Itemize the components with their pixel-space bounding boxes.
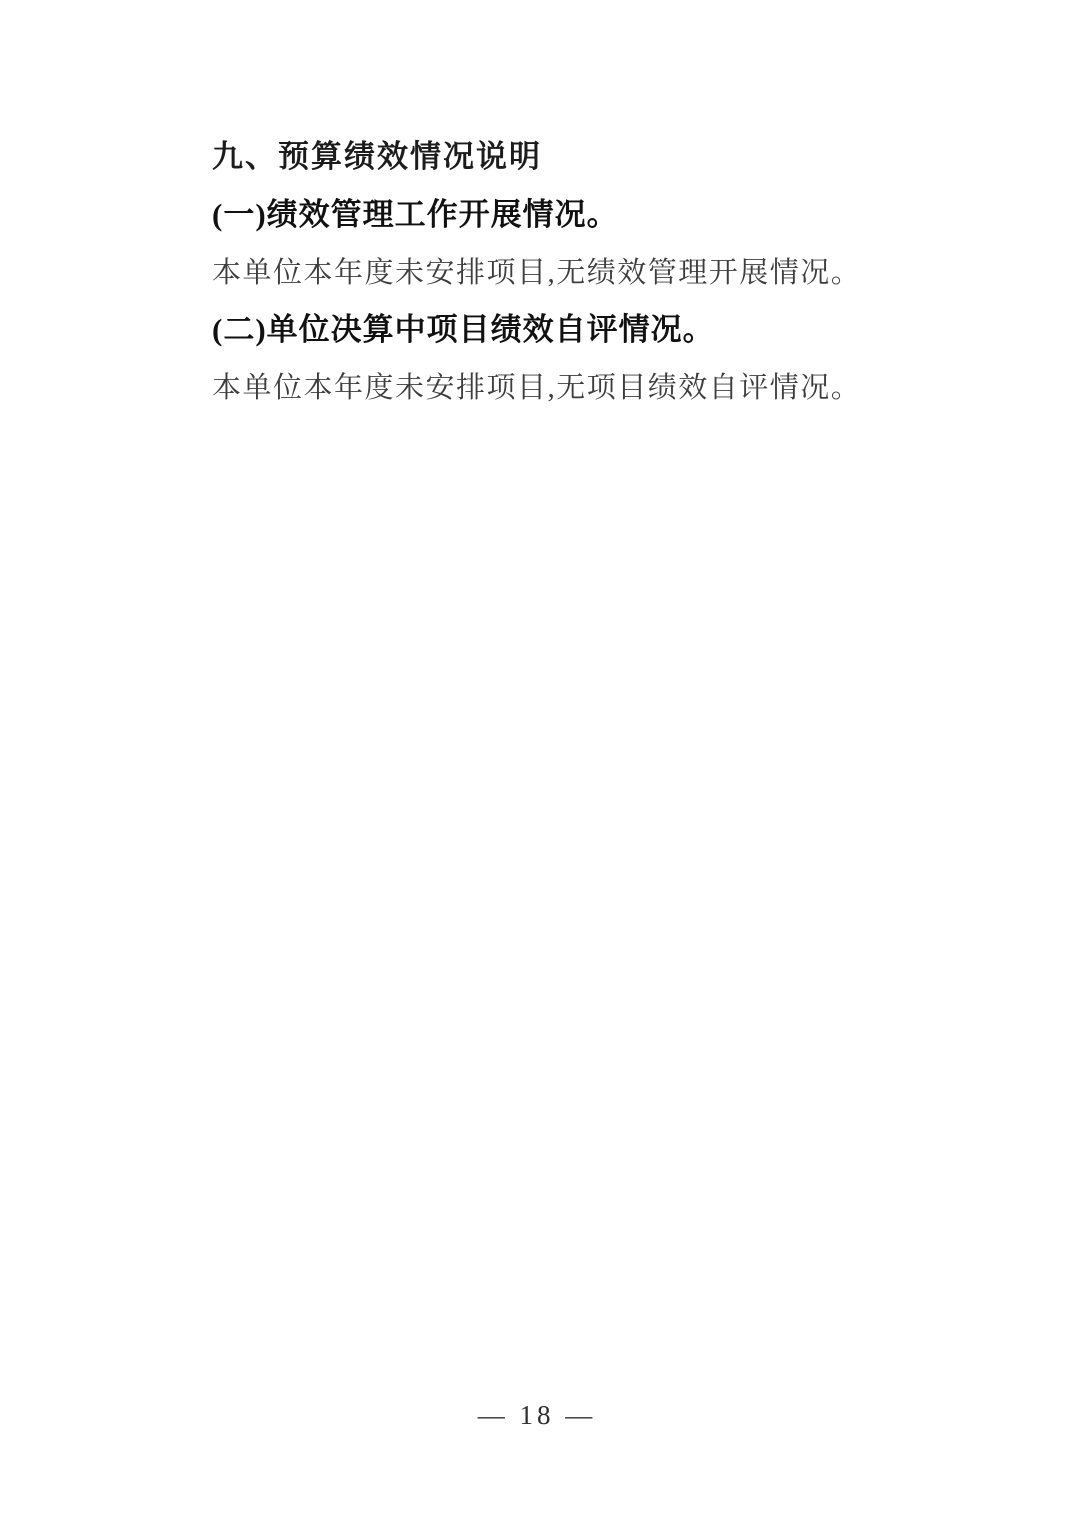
paragraph-self-evaluation: 本单位本年度未安排项目,无项目绩效自评情况。 bbox=[212, 368, 868, 408]
document-content: 九、预算绩效情况说明 (一)绩效管理工作开展情况。 本单位本年度未安排项目,无绩… bbox=[212, 138, 868, 426]
page-number: — 18 — bbox=[0, 1400, 1074, 1431]
paragraph-performance-management: 本单位本年度未安排项目,无绩效管理开展情况。 bbox=[212, 253, 868, 293]
document-page: 九、预算绩效情况说明 (一)绩效管理工作开展情况。 本单位本年度未安排项目,无绩… bbox=[0, 0, 1074, 1520]
section-heading: 九、预算绩效情况说明 bbox=[212, 138, 868, 176]
subsection-title-self-evaluation: (二)单位决算中项目绩效自评情况。 bbox=[212, 311, 868, 349]
subsection-title-performance-management: (一)绩效管理工作开展情况。 bbox=[212, 196, 868, 234]
